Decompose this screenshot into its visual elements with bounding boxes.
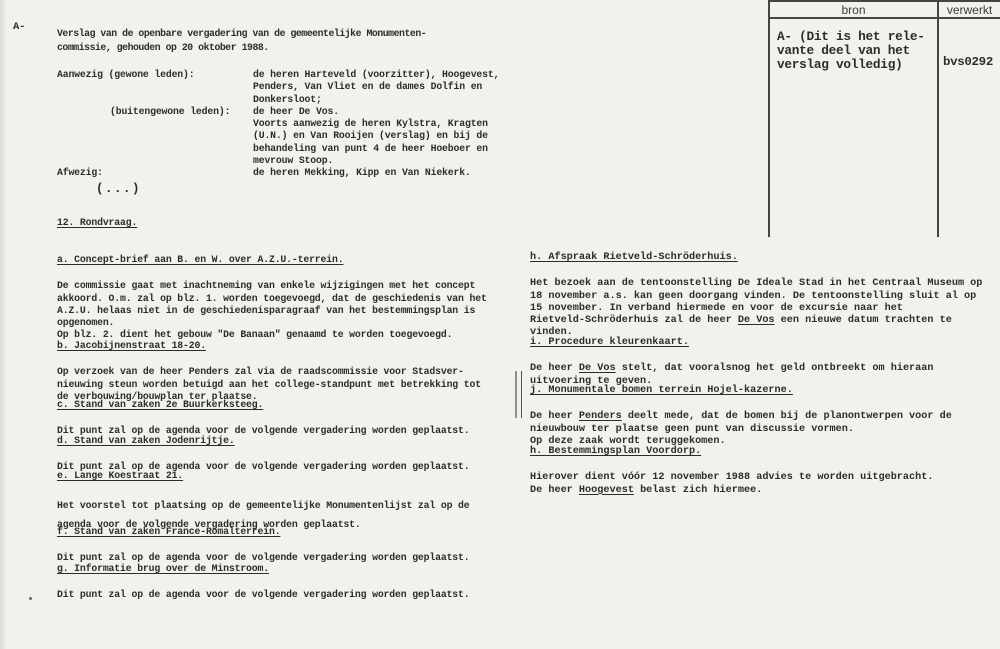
section-j-heading: j. Monumentale bomen terrein Hojel-kazer… (530, 385, 1000, 397)
section-h-voordorp-heading: h. Bestemmingsplan Voordorp. (530, 446, 1000, 458)
section-g-heading: g. Informatie brug over de Minstroom. (57, 563, 527, 575)
section-e-heading: e. Lange Koestraat 21. (57, 470, 527, 482)
margin-emphasis-bar (515, 371, 522, 418)
bron-cell-note: A- (Dit is het rele- vante deel van het … (777, 30, 925, 72)
column-header-verwerkt: verwerkt (939, 3, 1000, 17)
attendance-label-absent: Afwezig: (57, 167, 103, 179)
report-title: Verslag van de openbare vergadering van … (57, 27, 527, 55)
section-h-voordorp-body: Hierover dient vóór 12 november 1988 adv… (530, 472, 1000, 496)
section-h-rietveld-heading: h. Afspraak Rietveld-Schröderhuis. (530, 252, 1000, 264)
ink-speck (29, 597, 32, 600)
section-h-voordorp: h. Bestemmingsplan Voordorp. Hierover di… (530, 434, 1000, 509)
omission-mark: (...) (96, 183, 141, 195)
section-f-heading: f. Stand van zaken France-Romalterrein. (57, 526, 527, 538)
scanned-document-page: A- bron verwerkt A- (Dit is het rele- va… (0, 0, 1000, 649)
section-a-heading: a. Concept-brief aan B. en W. over A.Z.U… (57, 254, 527, 266)
agenda-item-title: 12. Rondvraag. (57, 217, 137, 229)
table-left-border (768, 0, 770, 237)
section-d-heading: d. Stand van zaken Jodenrijtje. (57, 435, 527, 447)
margin-label: A- (13, 21, 25, 33)
attendance-names: de heren Harteveld (voorzitter), Hoogeve… (253, 69, 543, 180)
log-table: bron verwerkt A- (Dit is het rele- vante… (768, 0, 1000, 237)
section-g-body: Dit punt zal op de agenda voor de volgen… (57, 589, 527, 601)
attendance-label-present-extraordinary: (buitengewone leden): (110, 106, 230, 118)
section-b-heading: b. Jacobijnenstraat 18-20. (57, 340, 527, 352)
section-i-heading: i. Procedure kleurenkaart. (530, 337, 1000, 349)
section-c-heading: c. Stand van zaken 2e Buurkerksteeg. (57, 399, 527, 411)
verwerkt-cell-value: bvs0292 (943, 55, 993, 69)
attendance-label-present-ordinary: Aanwezig (gewone leden): (57, 69, 195, 81)
table-column-divider (937, 0, 939, 237)
section-g: g. Informatie brug over de Minstroom. Di… (57, 551, 527, 614)
table-header-underline (768, 17, 1000, 19)
column-header-bron: bron (770, 3, 937, 17)
